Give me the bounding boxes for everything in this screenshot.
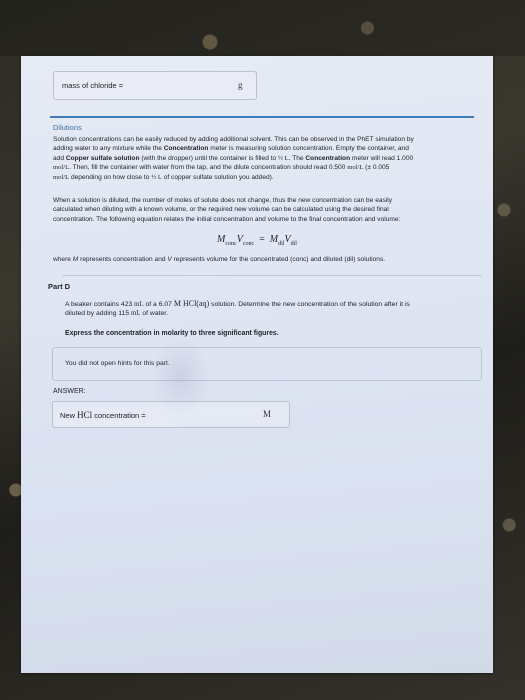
dilution-line: When a solution is diluted, the number o…: [53, 196, 493, 205]
intro-line: add Copper sulfate solution (with the dr…: [53, 154, 493, 163]
part-title: Part D: [48, 282, 70, 291]
background-surface: [0, 0, 525, 56]
mass-of-chloride-answer-field[interactable]: mass of chloride = g: [53, 71, 257, 100]
mass-unit: g: [238, 80, 243, 90]
part-divider: [62, 275, 482, 276]
hints-panel: You did not open hints for this part.: [52, 347, 482, 381]
question-text: A beaker contains 423 mL of a 6.07 M HCl…: [65, 299, 485, 319]
instruction-text: Express the concentration in molarity to…: [65, 330, 279, 337]
hint-status-text: You did not open hints for this part.: [65, 360, 170, 367]
dilution-line: calculated when diluting with a known vo…: [53, 205, 493, 214]
intro-line: mol/L. Then, fill the container with wat…: [53, 163, 493, 172]
mass-of-chloride-label: mass of chloride =: [62, 81, 123, 90]
molarity-unit: M: [263, 409, 271, 419]
section-divider: [50, 116, 474, 118]
intro-paragraph: Solution concentrations can be easily re…: [53, 135, 493, 182]
hcl-concentration-answer-field[interactable]: New HCl concentration = M: [52, 401, 290, 428]
intro-line: mol/L depending on how close to ½ L of c…: [53, 173, 493, 182]
answer-heading: ANSWER:: [53, 388, 86, 395]
printed-page: mass of chloride = g Dilutions Solution …: [21, 56, 493, 673]
dilution-paragraph: When a solution is diluted, the number o…: [53, 196, 493, 224]
question-line: A beaker contains 423 mL of a 6.07 M HCl…: [65, 299, 485, 309]
intro-line: adding water to any mixture while the Co…: [53, 144, 493, 153]
dilution-equation: MconcVconc = MdilVdil: [21, 234, 493, 247]
section-title: Dilutions: [53, 123, 82, 132]
dilution-line: concentration. The following equation re…: [53, 215, 493, 224]
hcl-concentration-label: New HCl concentration =: [60, 410, 146, 420]
intro-line: Solution concentrations can be easily re…: [53, 135, 493, 144]
question-line: diluted by adding 115 mL of water.: [65, 309, 485, 318]
where-text: where M represents concentration and V r…: [53, 255, 493, 264]
